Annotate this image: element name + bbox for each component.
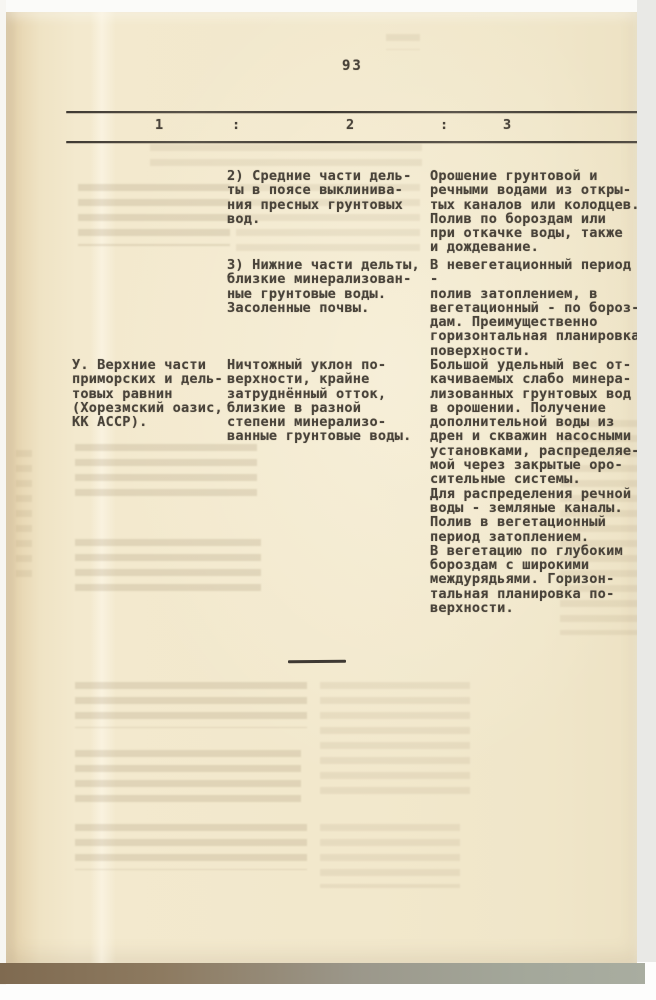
scanned-document: 93 1 : 2 : 3 2) Средние части дель- ты в… [0, 0, 656, 1000]
column-separator: : [232, 118, 240, 132]
table-cell-row1-col3: Орошение грунтовой и речными водами из о… [430, 169, 646, 255]
column-header-3: 3 [503, 118, 511, 132]
table-cell-row2-col3: В невегетационный период - полив затопле… [430, 258, 646, 358]
table-cell-row3-col3: Большой удельный вес от- качиваемых слаб… [430, 358, 646, 615]
bleedthrough-smudge [75, 539, 261, 595]
scanner-margin-left [0, 0, 6, 985]
scanner-margin-right [637, 0, 656, 962]
table-cell-row1-col2: 2) Средние части дель- ты в поясе выклин… [227, 169, 433, 226]
table-header-rule [66, 141, 638, 143]
table-cell-row3-col2: Ничтожный уклон по- верхности, крайне за… [227, 358, 433, 444]
page-bottom-edge-shadow [0, 963, 645, 984]
table-top-rule [66, 111, 638, 113]
bleedthrough-smudge [78, 184, 230, 246]
scanner-margin-top [0, 0, 656, 12]
table-cell-row2-col2: 3) Нижние части дельты, близкие минерали… [227, 258, 441, 315]
table-cell-row3-col1: У. Верхние части приморских и дель- товы… [72, 358, 240, 429]
bleedthrough-smudge [320, 682, 470, 794]
paper-sheet: 93 1 : 2 : 3 2) Средние части дель- ты в… [6, 12, 637, 963]
bleedthrough-smudge [75, 824, 307, 870]
bleedthrough-smudge [386, 34, 420, 50]
bleedthrough-smudge [320, 824, 460, 888]
column-header-2: 2 [346, 118, 354, 132]
page-number: 93 [342, 59, 363, 73]
column-header-1: 1 [155, 118, 163, 132]
bleedthrough-smudge [150, 144, 422, 168]
section-end-dash [288, 660, 346, 663]
bleedthrough-smudge [16, 450, 32, 580]
bleedthrough-smudge [75, 444, 257, 500]
bleedthrough-smudge [75, 682, 307, 728]
bleedthrough-smudge [75, 750, 301, 806]
column-separator: : [440, 118, 448, 132]
